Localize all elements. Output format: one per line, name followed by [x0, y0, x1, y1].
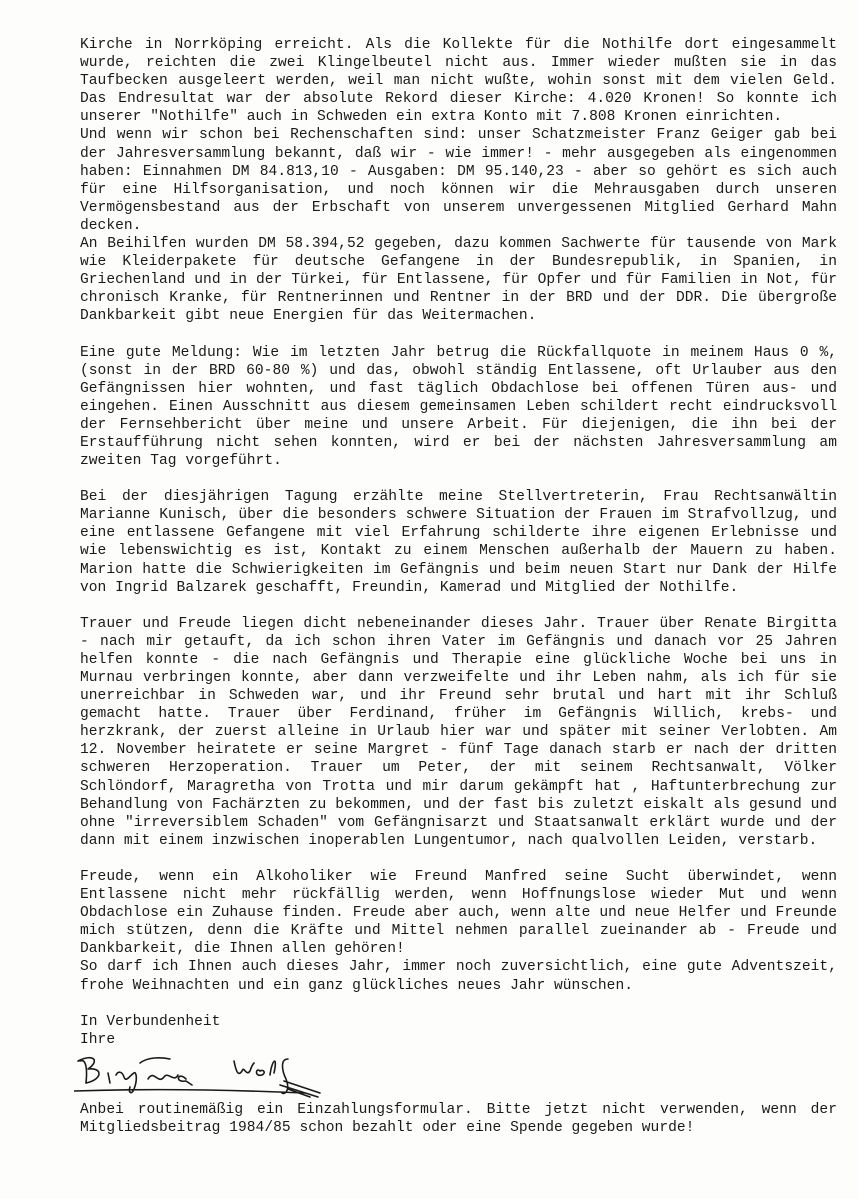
paragraph-wuensche: So darf ich Ihnen auch dieses Jahr, imme… [80, 958, 837, 994]
paragraph-beihilfen: An Beihilfen wurden DM 58.394,52 gegeben… [80, 235, 837, 325]
letter-page: Kirche in Norrköping erreicht. Als die K… [80, 36, 837, 1137]
paragraph-tagung: Bei der diesjährigen Tagung erzählte mei… [80, 488, 837, 597]
closing-ihre: Ihre [80, 1031, 837, 1049]
handwritten-signature [80, 1051, 380, 1097]
paragraph-spacer [80, 597, 837, 615]
postscript: Anbei routinemäßig ein Einzahlungsformul… [80, 1101, 837, 1137]
paragraph-spacer [80, 470, 837, 488]
paragraph-freude: Freude, wenn ein Alkoholiker wie Freund … [80, 868, 837, 958]
paragraph-spacer [80, 850, 837, 868]
signature-icon [74, 1049, 374, 1099]
paragraph-kollekte: Kirche in Norrköping erreicht. Als die K… [80, 36, 837, 126]
paragraph-rechenschaften: Und wenn wir schon bei Rechenschaften si… [80, 126, 837, 235]
paragraph-trauer: Trauer und Freude liegen dicht nebeneina… [80, 615, 837, 850]
paragraph-spacer [80, 995, 837, 1013]
paragraph-spacer [80, 326, 837, 344]
closing-greeting: In Verbundenheit [80, 1013, 837, 1031]
paragraph-meldung: Eine gute Meldung: Wie im letzten Jahr b… [80, 344, 837, 471]
